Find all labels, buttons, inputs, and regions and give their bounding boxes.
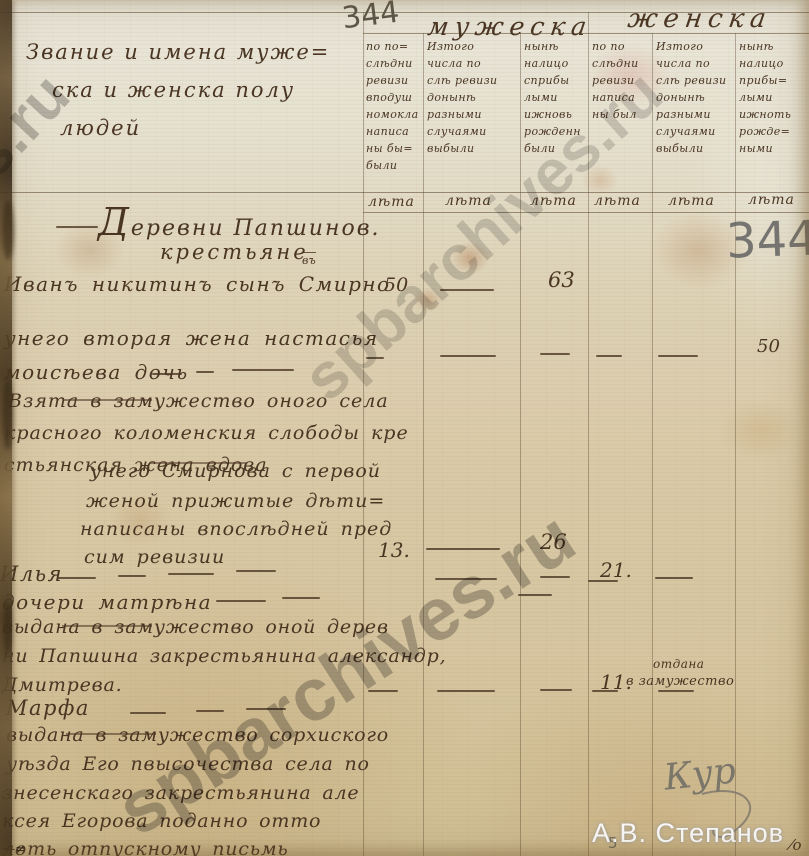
abbreviation-stroke [64,399,152,401]
table-rule-vertical [588,12,589,856]
children-note-line: женой прижитые дѣти= [86,490,385,512]
ink-dash [246,708,286,710]
ink-dash [196,371,214,373]
age-label-cell: лѣта [748,192,795,208]
matrena-note-line: ни Папшина закрестьянина александр, [2,645,446,667]
abbreviation-stroke [66,733,156,735]
ditto-dash [596,355,622,357]
son-age-previous: 13. [378,538,410,562]
ink-dash [118,575,146,577]
page-number-corner: 344 [725,210,809,269]
ditto-dash [540,689,572,691]
matrena-note-line: Дмитрева. [2,674,123,696]
names-column-title-line: людей [60,116,141,140]
marfa-note-line: лоть отпускному письмь [2,838,289,856]
abbreviation-stroke [62,625,152,627]
wife-age-now: 50 [757,336,780,357]
children-note-line: сим ревизии [84,546,225,568]
male-col-departed-header: Изтого числа по слѣ ревизи донынѣ разным… [427,38,519,157]
ditto-dash [658,690,694,692]
ink-dash [236,570,276,572]
entry-ivan-superscript: въ [302,252,316,267]
wife-note-line: красного коломенския слободы кре [4,422,409,444]
ink-dash [152,373,182,375]
ivan-age-previous: 50 [384,274,408,296]
ditto-dash [440,355,496,357]
ditto-dash [540,353,570,355]
age-label-cell: лѣта [530,193,577,209]
daughter-margin-note: отдана [653,657,704,671]
ink-dash [130,712,166,714]
ditto-dash [655,577,693,579]
age-label-cell: лѣта [594,193,641,209]
entry-wife-line: моисѣева дочь [4,360,189,384]
credit-label: А.В. Степанов [592,818,784,849]
ditto-dash [540,576,570,578]
ink-dash [282,597,320,599]
female-col-now-present-header: нынѣ налицо прибы= лыми ижноть рожде= ны… [739,38,807,157]
entry-daughters-label: дочери матрѣна [2,590,212,614]
ink-dash [196,710,224,712]
female-col-departed-header: Изтого числа по слѣ ревизи донынѣ разным… [656,38,734,157]
children-note-line: написаны впослѣдней пред [80,518,392,540]
ditto-dash [426,548,500,550]
ditto-dash [437,690,495,692]
daughter-margin-note: в замужество [626,674,734,689]
son-age-now: 26 [540,530,567,554]
ink-dash [216,600,266,602]
table-rule-vertical [652,33,653,856]
ivan-age-now: 63 [548,268,575,292]
names-column-title-line: Звание и имена муже= [26,40,330,64]
ditto-dash [658,355,698,357]
entry-marfa-name: Марфа [6,696,90,720]
marfa-note-line: знесенскаго закрестьянина але [2,782,359,804]
manuscript-page: 344 мужеска женска Звание и имена муже= … [0,0,809,856]
page-number-top: 344 [340,0,401,36]
marfa-note-line: уѣзда Его пвысочества села по [6,753,370,775]
table-rule-vertical [423,33,424,856]
marfa-note-line: выдана в замужество сорхиского [6,724,389,746]
ditto-dash [368,690,398,692]
table-rule-vertical [735,33,736,856]
ink-dash [232,369,294,371]
bottom-right-mark: ⁄о [790,836,802,854]
age-label-cell: лѣта [445,193,492,209]
village-section-heading: Деревни Папшинов. [98,200,381,244]
ink-dash [58,577,96,579]
male-section-header: мужеска [426,12,594,41]
children-note-line: унего Смирнова с первой [90,460,381,482]
ditto-dash [366,357,384,359]
ink-dash [168,573,214,575]
entry-wife-line: унего вторая жена настасья [4,326,379,350]
ink-dash [56,226,98,228]
ditto-dash [435,578,497,580]
ditto-dash [440,289,494,291]
table-rule-vertical [520,33,521,856]
wife-note-line: Взята в замужество оного села [8,390,389,412]
binding-stain [2,380,13,450]
matrena-note-line: выдана в замужество оной дерев [2,616,389,638]
marfa-note-line: ксея Егорова поданно отто [2,810,321,832]
entry-ivan-name: Иванъ никитинъ сынъ Смирно [4,272,391,296]
ditto-dash [518,594,552,596]
binding-stain [2,200,14,260]
age-label-cell: лѣта [668,193,715,209]
names-column-title-line: ска и женска полу [52,78,295,102]
village-section-heading: крестьяне [160,240,309,264]
male-col-previous-census-header: по по= слѣдни ревизи вподуш номокла напи… [366,38,422,174]
male-col-now-present-header: нынѣ налицо сприбы лыми ижновь рожденн б… [524,38,586,157]
female-col-previous-census-header: по по слѣдни ревизи написа ны был [592,38,650,123]
female-section-header: женска [626,4,774,34]
ditto-dash [592,690,618,692]
binding-stain [3,600,12,655]
ilya-age-value: 21. [600,558,632,582]
